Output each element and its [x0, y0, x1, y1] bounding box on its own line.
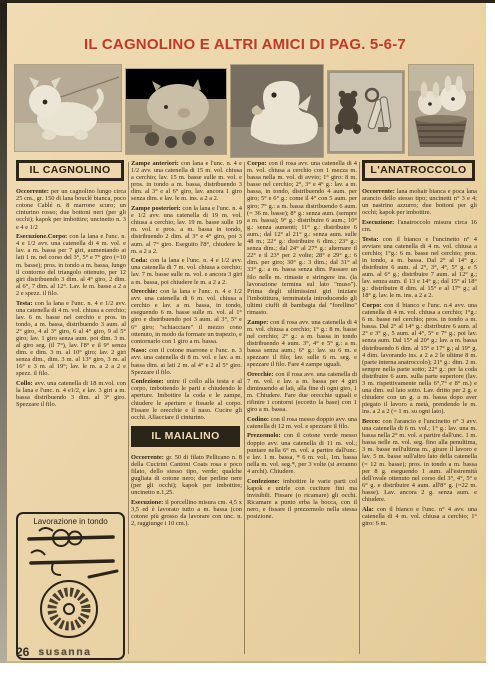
paragraph-lead: Becco:	[362, 418, 380, 425]
column-rule	[128, 162, 129, 654]
photo-strip	[15, 62, 479, 157]
paragraph: Orecchie: con la lana e l'unc. n. 4 e 1/…	[131, 288, 242, 345]
paragraph: Occorrente: gr. 50 di filato Pellicano n…	[131, 454, 242, 497]
paragraph-text: con il bianco e l'uncinetto n° 4 avviare…	[362, 236, 477, 300]
paragraph-lead: Occorrente:	[131, 454, 164, 461]
paragraph-lead: Testa:	[16, 300, 32, 307]
crochet-diagram	[23, 525, 119, 643]
paragraph: Zampe anteriori: con lana e l'unc. n. 4 …	[131, 160, 242, 203]
paragraph-text: con il cotone marrone e l'unc. n. 3 avv.…	[131, 347, 242, 375]
paragraph-lead: Corpo:	[247, 160, 267, 167]
paragraph: Codino: con il rosa messo doppio avv. un…	[247, 416, 357, 430]
paragraph: Corpo: con il bianco e l'unc. n.4 avv. u…	[362, 302, 477, 416]
paragraph-lead: Zampe anteriori:	[131, 160, 179, 167]
scan-edge-left	[0, 0, 7, 663]
paragraph-text: avv. una catenella di 18 m.vol. con la l…	[16, 380, 126, 408]
paragraph-lead: Testa:	[362, 236, 378, 243]
paper-bottom-edge	[6, 661, 486, 663]
paragraph-text: con la lana e l'unc. n. 4 e 1/2 avv. una…	[16, 233, 126, 297]
column-maialino: Corpo: con il rosa avv. una catenella di…	[247, 160, 357, 660]
paragraph-text: con il bianco e l'unc. n.4 avv. una cate…	[362, 302, 477, 415]
paragraph-text: imbottire le varie parti col kapok e uni…	[247, 478, 357, 520]
paragraph: Occorrente: per un cagnolino lungo circa…	[16, 188, 126, 231]
box-title: Lavorazione in tondo	[20, 516, 121, 525]
crochet-pig-photo	[126, 69, 226, 154]
paragraph: Prezzemolo: con il cotone verde messo do…	[247, 432, 357, 475]
paragraph-text: con il rosa avv. una catenella di 4 m. v…	[247, 319, 357, 369]
paragraph-lead: Orecchie:	[247, 371, 274, 378]
magazine-logo: susanna	[38, 646, 91, 658]
crochet-dog-photo	[15, 65, 121, 151]
paragraph-lead: Orecchie:	[131, 288, 158, 295]
paragraph-lead: Codino:	[247, 416, 269, 423]
paragraph: Naso: con il cotone marrone e l'unc. n. …	[131, 347, 242, 375]
paragraph-lead: Corpo:	[362, 302, 382, 309]
paragraph-text: con lana e l'unc. n. 4 e 1/2 avv. una ca…	[131, 160, 242, 202]
paragraph: Corpo: con il rosa avv. una catenella di…	[247, 160, 357, 316]
paragraph-text: con il bianco e l'unc. n° 4 avv. una cat…	[362, 506, 477, 527]
paragraph-text: per un cagnolino lungo circa 25 cm., gr.…	[16, 188, 126, 230]
paragraph-lead: Confezione:	[247, 478, 280, 485]
paragraph: Testa: con il bianco e l'uncinetto n° 4 …	[362, 236, 477, 300]
paragraph: Ala: con il bianco e l'unc. n° 4 avv. un…	[362, 506, 477, 527]
paragraph: Confezione: unire il collo alla testa e …	[131, 378, 242, 421]
paragraph-text: con la lana e l'unc. n. 4 e 1/2 avv. una…	[131, 257, 242, 285]
paragraph: Occorrente: lana mohair bianca e poca la…	[362, 188, 477, 216]
paragraph-lead: Confezione:	[131, 378, 164, 385]
section-heading-anatroccolo: L'ANATROCCOLO	[362, 160, 475, 181]
paragraph-lead: Zampe:	[247, 319, 268, 326]
column-rule	[244, 162, 245, 654]
paragraph-lead: Coda:	[131, 257, 148, 264]
paragraph-text: gr. 50 di filato Pellicano n. 8 della Cu…	[131, 454, 242, 496]
section-heading-cagnolino: IL CAGNOLINO	[16, 160, 124, 181]
paragraph: Collo: avv. una catenella di 18 m.vol. c…	[16, 380, 126, 408]
paragraph: Zampe posteriori: con la lana e l'unc. n…	[131, 205, 242, 255]
column-anatroccolo: L'ANATROCCOLO Occorrente: lana mohair bi…	[362, 160, 477, 616]
column-cagnolino: IL CAGNOLINO Occorrente: per un cagnolin…	[16, 160, 126, 660]
paragraph: Testa: con la lana e l'unc. n. 4 e 1/2 a…	[16, 300, 126, 378]
column-rule	[359, 162, 360, 654]
paragraph: Confezione: imbottire le varie parti col…	[247, 478, 357, 521]
paragraph-text: con la lana e l'unc. n. 4 e 1/2 avv. una…	[131, 205, 242, 255]
paragraph-text: con il cotone verde messo doppio avv. un…	[247, 432, 357, 474]
toys-in-basket-photo	[409, 65, 473, 155]
lavorazione-in-tondo-box: Lavorazione in tondo	[16, 512, 125, 660]
paragraph-lead: Zampe posteriori:	[131, 205, 181, 212]
page-number: 26	[16, 645, 29, 659]
magazine-page-scan: IL CAGNOLINO E ALTRI AMICI DI PAG. 5-6-7	[0, 0, 495, 699]
paragraph-text: con la lana e l'unc. n. 4 e 1/2 avv. una…	[131, 288, 242, 345]
paragraph: Zampe: con il rosa avv. una catenella di…	[247, 319, 357, 369]
page-title: IL CAGNOLINO E ALTRI AMICI DI PAG. 5-6-7	[14, 36, 476, 53]
paragraph: Orecchie: con il rosa avv. una catenella…	[247, 371, 357, 414]
paragraph-text: con il rosa avv. una catenella di 4 m. v…	[247, 160, 357, 316]
section-heading-maialino: IL MAIALINO	[131, 426, 240, 447]
paragraph-lead: Esecuzione:	[131, 499, 163, 506]
teddy-keychain-photo	[328, 71, 404, 153]
page-footer: 26 susanna	[16, 645, 91, 659]
paragraph-lead: Collo:	[16, 380, 33, 387]
paragraph-lead: Occorrente:	[16, 188, 49, 195]
paragraph-lead: Ala:	[362, 506, 374, 513]
paragraph-lead: Esecuzione:	[362, 219, 394, 226]
scan-edge-top	[0, 0, 495, 3]
crochet-duck-photo	[231, 65, 323, 157]
paragraph-text: con il rosa avv. una catenella di 7 m. v…	[247, 371, 357, 413]
paragraph: Esecuzione.Corpo: con la lana e l'unc. n…	[16, 233, 126, 297]
column-cagnolino-maialino: Zampe anteriori: con lana e l'unc. n. 4 …	[131, 160, 242, 660]
paragraph: Coda: con la lana e l'unc. n. 4 e 1/2 av…	[131, 257, 242, 285]
paragraph: Esecuzione: l'anatroccolo misura circa 1…	[362, 219, 477, 233]
paragraph-lead: Prezzemolo:	[247, 432, 281, 439]
paragraph-lead: Occorrente:	[362, 188, 395, 195]
paragraph: Becco: con l'arancio e l'uncinetto n° 3 …	[362, 418, 477, 503]
paragraph-lead: Naso:	[131, 347, 147, 354]
paragraph-text: con l'arancio e l'uncinetto n° 3 avv. un…	[362, 418, 477, 503]
paragraph-lead: Esecuzione.Corpo:	[16, 233, 67, 240]
paragraph-text: con la lana e l'unc. n. 4 e 1/2 avv. una…	[16, 300, 126, 378]
paragraph: Esecuzione: il porcellino misura cm. 4,5…	[131, 499, 242, 527]
paragraph-text: unire il collo alla testa e al corpo, im…	[131, 378, 242, 420]
